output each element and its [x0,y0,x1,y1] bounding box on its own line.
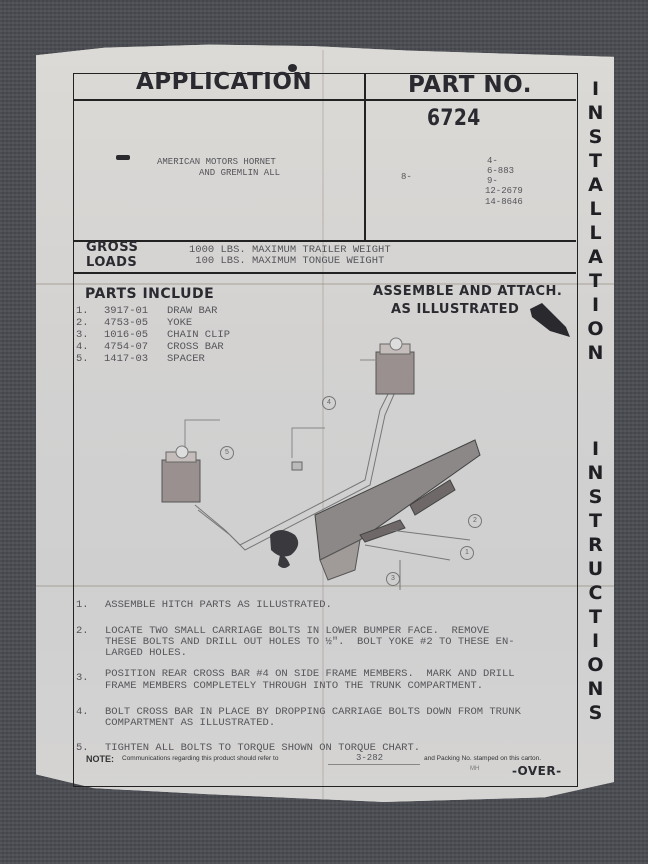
part-item-code: 1417-03 [104,354,148,366]
part-item-code: 1016-05 [104,330,148,342]
part-code-line: 6-883 [487,166,514,176]
part-item-name: YOKE [167,318,192,330]
side-title-word: INSTRUCTIONS [583,438,608,726]
callout-1: 1 [460,546,474,560]
step-num: 4. [76,707,89,719]
part-item-num: 3. [76,330,89,342]
part-code-line: 4- [487,156,498,166]
assemble-heading: ASSEMBLE AND ATTACH. [373,284,562,299]
step-text: ASSEMBLE HITCH PARTS AS ILLUSTRATED. [105,600,332,612]
hitch-illustration [150,330,500,590]
part-item-num: 2. [76,318,89,330]
part-code-prefix: 8- [401,172,412,184]
note-text: Communications regarding this product sh… [122,755,278,762]
callout-4: 4 [322,396,336,410]
application-heading: APPLICATION [136,69,312,95]
divider [73,240,576,242]
step-text: LARGED HOLES. [105,648,187,660]
part-item-code: 4754-07 [104,342,148,354]
divider [73,99,576,101]
loads-label: LOADS [86,256,137,270]
part-code-line: 9- [487,176,498,186]
reference-number: 3-282 [356,753,383,765]
step-num: 5. [76,743,89,755]
part-item-num: 5. [76,354,89,366]
application-line-1: AMERICAN MOTORS HORNET [157,157,276,169]
callout-3: 3 [386,572,400,586]
divider [364,73,366,241]
step-text: FRAME MEMBERS COMPLETELY THROUGH INTO TH… [105,681,483,693]
over-label: -OVER- [512,764,562,778]
part-number: 6724 [427,106,481,131]
parts-include-heading: PARTS INCLUDE [85,286,214,302]
part-item-num: 4. [76,342,89,354]
step-text: POSITION REAR CROSS BAR #4 ON SIDE FRAME… [105,669,515,681]
ink-blot [116,155,130,160]
side-title-word: INSTALLATION [583,78,608,366]
part-item-code: 4753-05 [104,318,148,330]
part-item-code: 3917-01 [104,306,148,318]
part-code-line: 12-2679 [485,186,523,196]
callout-2: 2 [468,514,482,528]
step-text: COMPARTMENT AS ILLUSTRATED. [105,718,275,730]
side-title-instructions: INSTRUCTIONS [584,438,606,726]
step-num: 3. [76,673,89,685]
part-no-heading: PART NO. [408,72,532,98]
side-title-installation: INSTALLATION [584,78,606,366]
step-num: 1. [76,600,89,612]
part-item-num: 1. [76,306,89,318]
arrow-icon [528,303,572,339]
note-label: NOTE: [86,754,114,764]
part-item-name: DRAW BAR [167,306,217,318]
part-code-line: 14-8646 [485,197,523,207]
reference-underline [328,764,420,765]
application-line-2: AND GREMLIN ALL [199,168,280,180]
note-tail: and Packing No. stamped on this carton. [424,755,541,762]
gross-label: GROSS [86,241,138,255]
assemble-subheading: AS ILLUSTRATED [391,302,519,317]
ink-blot [288,64,297,72]
tongue-weight: 100 LBS. MAXIMUM TONGUE WEIGHT [189,256,384,268]
step-num: 2. [76,626,89,638]
divider [73,272,576,274]
callout-5: 5 [220,446,234,460]
initials: MH [470,766,479,772]
